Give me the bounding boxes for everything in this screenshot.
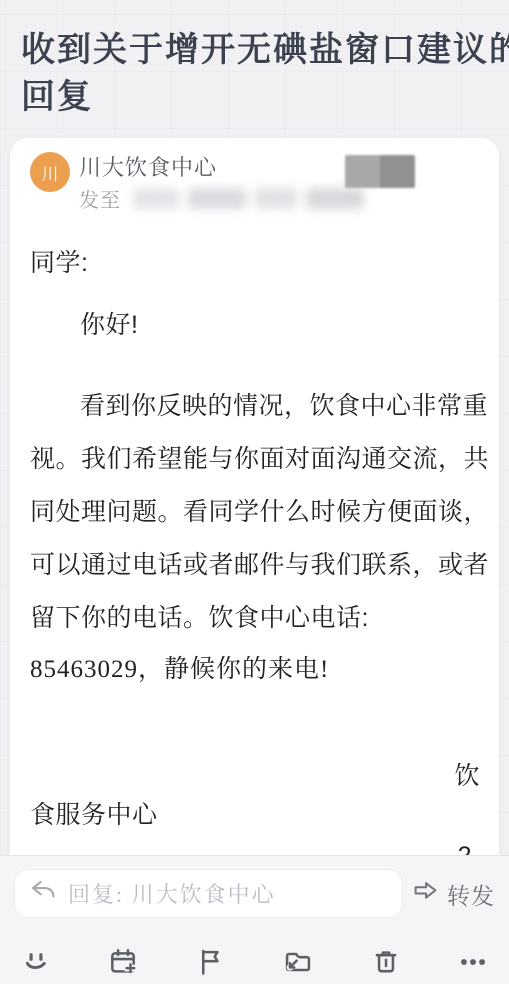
- mail-body-line: 视。我们希望能与你面对面沟通交流，共: [30, 439, 489, 475]
- mail-body-line: 85463029，静候你的来电!: [30, 649, 329, 685]
- sender-name[interactable]: 川大饮食中心: [79, 151, 217, 182]
- bottom-toolbar: 回复: 川大饮食中心 转发: [0, 855, 509, 984]
- flag-icon: [195, 946, 227, 978]
- calendar-add-button[interactable]: [101, 940, 145, 984]
- reply-placeholder: 回复: 川大饮食中心: [68, 878, 276, 909]
- sender-avatar[interactable]: 川: [30, 152, 70, 192]
- calendar-add-icon: [107, 946, 139, 978]
- trash-icon: [370, 946, 402, 978]
- forward-label: 转发: [447, 878, 495, 911]
- move-to-folder-icon: [282, 946, 314, 978]
- move-to-folder-button[interactable]: [276, 940, 320, 984]
- trash-button[interactable]: [364, 940, 408, 984]
- reply-input[interactable]: 回复: 川大饮食中心: [14, 869, 403, 918]
- mail-body-line: 你好!: [80, 305, 138, 341]
- mail-signature-line: 饮: [454, 756, 480, 792]
- page-title-line2: 回复: [21, 74, 497, 121]
- page-title-line1: 收到关于增开无碘盐窗口建议的: [21, 27, 497, 74]
- mail-body-line: 同学:: [30, 243, 88, 279]
- mail-card: 川 川大饮食中心 发至 同学: 你好! 看到你反映的情况，饮食中心非常重 视。我…: [10, 138, 499, 855]
- sender-avatar-text: 川: [42, 160, 59, 185]
- sent-to-row: 发至: [79, 185, 364, 211]
- reply-icon: [29, 877, 57, 910]
- emoji-button[interactable]: [14, 940, 58, 984]
- redacted-recipient: [133, 188, 364, 209]
- page-title: 收到关于增开无碘盐窗口建议的 回复: [21, 27, 497, 121]
- more-ellipsis-icon: [457, 946, 489, 978]
- action-row: [14, 939, 495, 984]
- emoji-smile-icon: [20, 946, 52, 978]
- redacted-timestamp: [345, 155, 415, 188]
- forward-button[interactable]: 转发: [412, 876, 495, 912]
- mail-body-line: 可以通过电话或者邮件与我们联系，或者: [30, 545, 489, 581]
- mail-reader-screen: 收到关于增开无碘盐窗口建议的 回复 川 川大饮食中心 发至 同学: 你好! 看到…: [0, 0, 509, 984]
- more-button[interactable]: [451, 940, 495, 984]
- mail-date-partial: 2: [458, 842, 472, 855]
- mail-body-line: 留下你的电话。饮食中心电话:: [30, 598, 369, 634]
- sent-to-label: 发至: [79, 184, 121, 213]
- forward-arrow-icon: [412, 878, 439, 910]
- mail-body-line: 看到你反映的情况，饮食中心非常重: [80, 386, 488, 422]
- flag-button[interactable]: [189, 940, 233, 984]
- mail-body-line: 同处理问题。看同学什么时候方便面谈，: [30, 492, 489, 528]
- mail-signature-line: 食服务中心: [30, 795, 158, 831]
